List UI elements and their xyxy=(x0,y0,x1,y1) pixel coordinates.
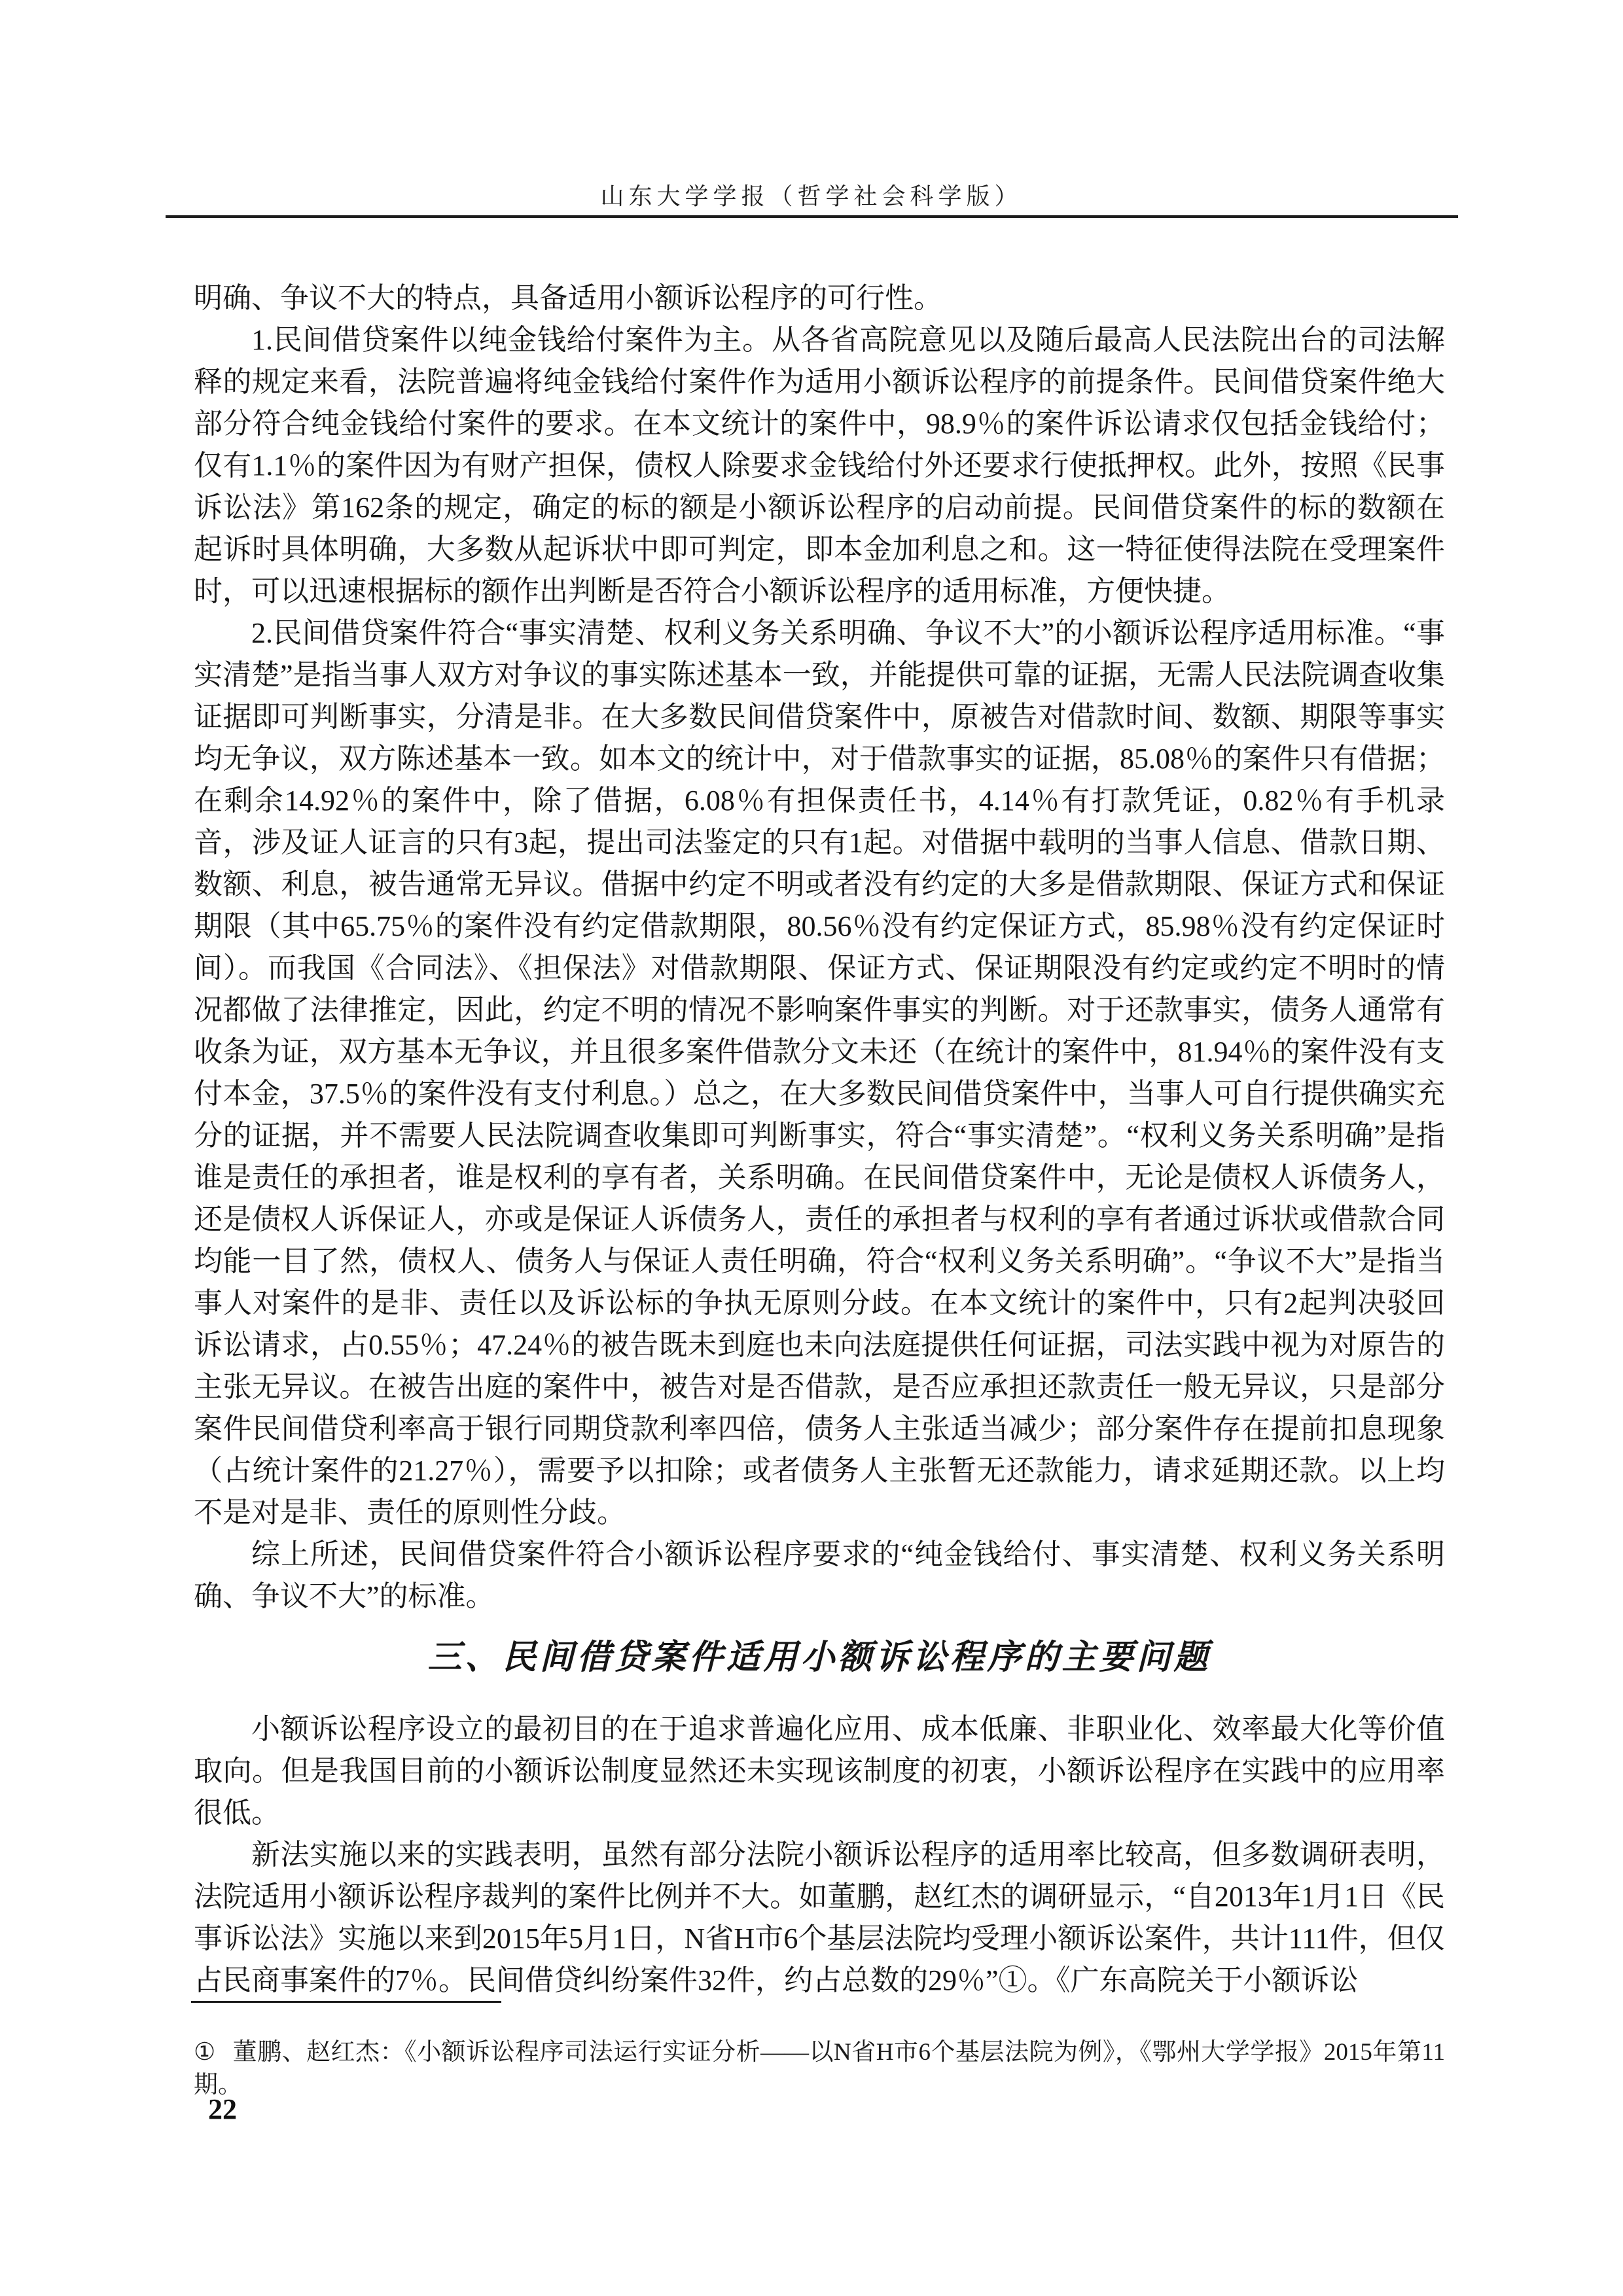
paragraph-point-2: 2.民间借贷案件符合“事实清楚、权利义务关系明确、争议不大”的小额诉讼程序适用标… xyxy=(194,612,1445,1534)
paragraph-point-1: 1.民间借贷案件以纯金钱给付案件为主。从各省高院意见以及随后最高人民法院出台的司… xyxy=(194,319,1445,612)
section-heading: 三、民间借贷案件适用小额诉讼程序的主要问题 xyxy=(194,1635,1445,1681)
paragraph-summary: 综上所述，民间借贷案件符合小额诉讼程序要求的“纯金钱给付、事实清楚、权利义务关系… xyxy=(194,1534,1445,1617)
footnote: ①董鹏、赵红杰：《小额诉讼程序司法运行实证分析——以N省H市6个基层法院为例》，… xyxy=(194,2036,1445,2102)
footnote-text: 董鹏、赵红杰：《小额诉讼程序司法运行实证分析——以N省H市6个基层法院为例》，《… xyxy=(194,2039,1445,2098)
footnote-separator xyxy=(191,2001,501,2003)
paragraph-continuation: 明确、争议不大的特点，具备适用小额诉讼程序的可行性。 xyxy=(194,277,1445,319)
paragraph-section-intro: 小额诉讼程序设立的最初目的在于追求普遍化应用、成本低廉、非职业化、效率最大化等价… xyxy=(194,1708,1445,1834)
journal-page: 山东大学学报（哲学社会科学版） 明确、争议不大的特点，具备适用小额诉讼程序的可行… xyxy=(0,0,1623,2296)
running-header-journal-title: 山东大学学报（哲学社会科学版） xyxy=(0,178,1623,211)
page-number: 22 xyxy=(208,2093,237,2126)
footnote-marker: ① xyxy=(194,2039,216,2066)
header-rule xyxy=(166,215,1458,218)
paragraph-practice-findings: 新法实施以来的实践表明，虽然有部分法院小额诉讼程序的适用率比较高，但多数调研表明… xyxy=(194,1834,1445,2002)
article-body: 明确、争议不大的特点，具备适用小额诉讼程序的可行性。 1.民间借贷案件以纯金钱给… xyxy=(194,277,1445,2002)
